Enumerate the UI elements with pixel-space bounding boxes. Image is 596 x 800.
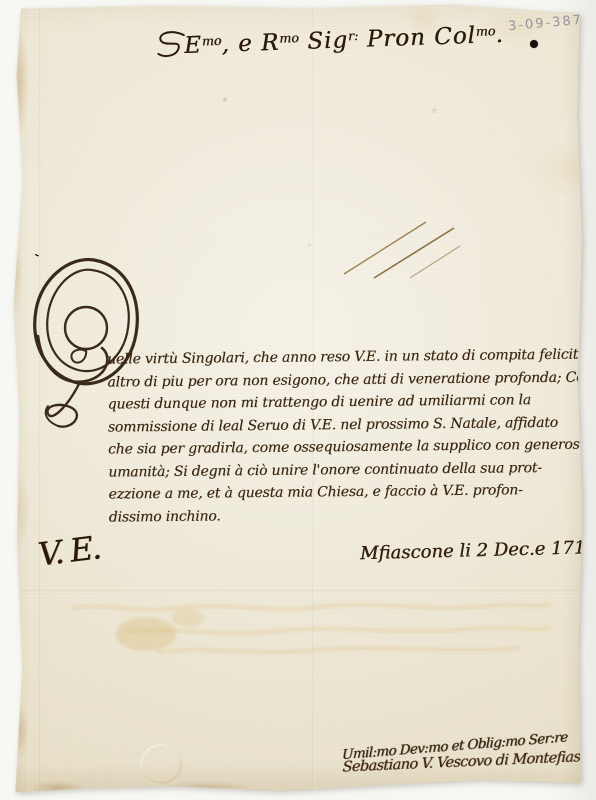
dateline: Mfiascone li 2 Dec.e 1715 – (360, 537, 584, 565)
salutation-text-3: Sig (299, 27, 349, 55)
scanned-letter-page: 3-09-387 Emo, e Rmo Sigr: Pron Colmo. (0, 0, 596, 800)
signature-block: Umil:mo Dev:mo et Oblig:mo Ser:re Sebast… (341, 731, 584, 775)
body-line: dissimo inchino. (109, 501, 584, 529)
salutation-line: Emo, e Rmo Sigr: Pron Colmo. (154, 18, 505, 60)
closing-monogram: V. E. (36, 528, 102, 573)
ink-dot (530, 40, 538, 48)
initial-letter-text: Q (28, 254, 41, 258)
letter-body: uelle virtù Singolari, che anno reso V.E… (107, 343, 584, 528)
salutation-sup-2: mo (279, 30, 299, 46)
horizontal-fold-crease (12, 590, 584, 593)
letter-paper: 3-09-387 Emo, e Rmo Sigr: Pron Colmo. (12, 4, 584, 794)
salutation-text-1: E (184, 32, 203, 59)
archival-number: 3-09-387 (507, 13, 583, 34)
paper-shadow-wrap: 3-09-387 Emo, e Rmo Sigr: Pron Colmo. (0, 0, 596, 800)
embossed-ring-mark (137, 741, 184, 786)
salutation-text-4: Pron Col (358, 23, 476, 53)
salutation-sup-4: mo (475, 23, 495, 39)
pen-test-strokes (330, 208, 462, 280)
salutation-text-5: . (495, 22, 504, 48)
ink-bleedthrough (68, 594, 554, 666)
salutation-text-2: , e R (221, 30, 280, 58)
salutation-sup-1: mo (202, 33, 222, 49)
